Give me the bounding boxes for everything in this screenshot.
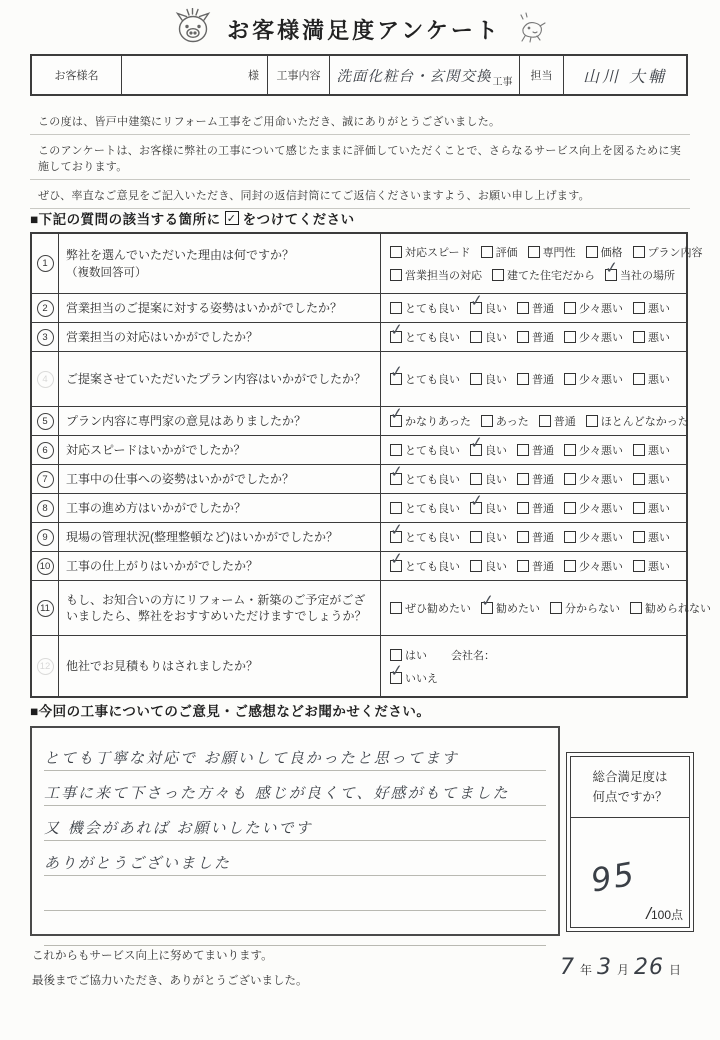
survey-section-heading: ■下記の質問の該当する箇所に ✓ をつけてください <box>30 208 355 228</box>
check-mark: ✓ <box>389 663 404 680</box>
option-label: 普通 <box>554 413 576 429</box>
checkbox[interactable]: ✓ <box>470 302 482 314</box>
work-content-field[interactable]: 洗面化粧台・玄関交換 工事 <box>330 56 520 94</box>
checkbox[interactable]: ✓ <box>390 415 402 427</box>
question-text-cell: ご提案させていただいたプラン内容はいかがでしたか？ <box>59 352 381 406</box>
option-line: ぜひ勧めたい✓勧めたい分からない勧められない <box>390 600 711 616</box>
score-label-line2: 何点ですか？ <box>575 787 685 807</box>
question-number-cell: 12 <box>32 636 59 696</box>
question-number: 1 <box>37 255 54 272</box>
option-line: 営業担当の対応建てた住宅だから✓当社の場所 <box>390 267 703 283</box>
answer-option: 少々悪い <box>564 300 623 316</box>
option-label: 少々悪い <box>579 558 623 574</box>
answer-option: ほとんどなかった <box>586 413 689 429</box>
option-line: とても良い✓良い普通少々悪い悪い <box>390 500 682 516</box>
checkbox[interactable] <box>586 246 598 258</box>
question-number: 4 <box>37 371 54 388</box>
answer-cell: ✓とても良い良い普通少々悪い悪い <box>381 552 686 580</box>
answer-cell: ✓とても良い良い普通少々悪い悪い <box>381 523 686 551</box>
answer-cell: 対応スピード評価専門性価格プラン内容営業担当の対応建てた住宅だから✓当社の場所 <box>381 234 707 293</box>
answer-option: 分からない <box>550 600 620 616</box>
option-label: 悪い <box>648 442 670 458</box>
comments-section-heading: ■今回の工事についてのご意見・ご感想などお聞かせください。 <box>30 700 430 720</box>
question-text-cell: 営業担当の対応はいかがでしたか？ <box>59 323 381 351</box>
option-label: 少々悪い <box>579 371 623 387</box>
staff-label: 担当 <box>520 56 564 94</box>
question-number: 8 <box>37 500 54 517</box>
checkbox[interactable] <box>517 373 529 385</box>
question-number-cell: 9 <box>32 523 59 551</box>
checkbox[interactable] <box>630 602 642 614</box>
checkbox[interactable] <box>633 444 645 456</box>
option-label: とても良い <box>405 329 460 345</box>
question-number-cell: 10 <box>32 552 59 580</box>
question-text: 現場の管理状況(整理整頓など)はいかがでしたか？ <box>66 529 373 545</box>
question-text-cell: 工事中の仕事への姿勢はいかがでしたか？ <box>59 465 381 493</box>
score-question-label: 総合満足度は 何点ですか？ <box>571 757 689 818</box>
checkbox[interactable] <box>564 560 576 572</box>
answer-cell: とても良い✓良い普通少々悪い悪い <box>381 494 686 522</box>
question-number-cell: 6 <box>32 436 59 464</box>
intro-text: この度は、皆戸中建築にリフォーム工事をご用命いただき、誠にありがとうございました… <box>30 106 690 209</box>
checkbox[interactable] <box>564 444 576 456</box>
checkbox[interactable] <box>633 246 645 258</box>
checkbox[interactable] <box>633 302 645 314</box>
question-text: プラン内容に専門家の意見はありましたか？ <box>66 413 373 429</box>
option-line: とても良い✓良い普通少々悪い悪い <box>390 442 682 458</box>
option-line: とても良い✓良い普通少々悪い悪い <box>390 300 682 316</box>
intro-line-1: この度は、皆戸中建築にリフォーム工事をご用命いただき、誠にありがとうございました… <box>30 106 690 135</box>
comment-text: ありがとうございました <box>44 852 231 873</box>
page-title: お客様満足度アンケート <box>227 14 501 45</box>
checkbox[interactable] <box>564 331 576 343</box>
option-label: 良い <box>485 442 507 458</box>
answer-option: 少々悪い <box>564 500 623 516</box>
answer-option: 少々悪い <box>564 529 623 545</box>
answer-option: とても良い <box>390 300 460 316</box>
question-number-cell: 2 <box>32 294 59 322</box>
comment-line: ありがとうございました <box>44 841 546 876</box>
checkbox[interactable] <box>390 302 402 314</box>
question-text: 工事の仕上がりはいかがでしたか？ <box>66 558 373 574</box>
comment-line <box>44 876 546 911</box>
checked-box-icon: ✓ <box>225 211 239 225</box>
option-label: 少々悪い <box>579 529 623 545</box>
date-year-label: 年 <box>580 961 592 978</box>
option-label: ほとんどなかった <box>601 413 689 429</box>
checkbox[interactable] <box>517 502 529 514</box>
option-label: 悪い <box>648 500 670 516</box>
answer-option: ✓とても良い <box>390 329 460 345</box>
question-number: 9 <box>37 529 54 546</box>
option-label: プラン内容 <box>648 244 703 260</box>
date-month-label: 月 <box>617 961 629 978</box>
question-text: もし、お知合いの方にリフォーム・新築のご予定がございましたら、弊社をおすすめいた… <box>66 592 373 624</box>
answer-option: 普通 <box>517 442 554 458</box>
answer-option: 勧められない <box>630 600 711 616</box>
question-row: 5プラン内容に専門家の意見はありましたか？✓かなりあったあった普通ほとんどなかっ… <box>32 407 686 436</box>
checkbox[interactable]: ✓ <box>390 672 402 684</box>
answer-option: ✓良い <box>470 300 507 316</box>
option-label: 少々悪い <box>579 329 623 345</box>
answer-option: ✓良い <box>470 442 507 458</box>
checkbox[interactable] <box>633 373 645 385</box>
check-mark: ✓ <box>389 522 404 539</box>
check-mark: ✓ <box>389 364 404 381</box>
date-field[interactable]: 7 年 3 月 26 日 <box>560 955 681 980</box>
work-content-label: 工事内容 <box>268 56 330 94</box>
footer-line-1: これからもサービス向上に努めてまいります。 <box>32 947 273 963</box>
answer-option: 悪い <box>633 471 670 487</box>
intro-line-3: ぜひ、率直なご意見をご記入いただき、同封の返信封筒にてご返信くださいますよう、お… <box>30 180 690 209</box>
check-mark: ✓ <box>389 406 404 423</box>
comment-line: 工事に来て下さった方々も 感じが良くて、好感がもてました <box>44 771 546 806</box>
date-month-value: 3 <box>597 955 612 980</box>
answer-option: 営業担当の対応 <box>390 267 482 283</box>
check-mark: ✓ <box>389 551 404 568</box>
checkbox[interactable] <box>470 560 482 572</box>
option-label: 少々悪い <box>579 500 623 516</box>
option-label: とても良い <box>405 442 460 458</box>
question-row: 12他社でお見積もりはされましたか？はい会社名：✓いいえ <box>32 636 686 696</box>
answer-option: はい <box>390 647 427 663</box>
checkbox[interactable] <box>564 373 576 385</box>
check-mark: ✓ <box>389 464 404 481</box>
question-text: 弊社を選んでいただいた理由は何ですか？ <box>66 247 373 263</box>
answer-option: 少々悪い <box>564 371 623 387</box>
score-value-area[interactable]: 95 /100点 <box>571 818 689 927</box>
answer-option: ✓とても良い <box>390 471 460 487</box>
option-label: とても良い <box>405 471 460 487</box>
question-number-cell: 5 <box>32 407 59 435</box>
comment-text: とても丁寧な対応で お願いして良かったと思ってます <box>44 747 459 768</box>
question-text: 工事中の仕事への姿勢はいかがでしたか？ <box>66 471 373 487</box>
question-text-cell: 他社でお見積もりはされましたか？ <box>59 636 381 696</box>
question-text: ご提案させていただいたプラン内容はいかがでしたか？ <box>66 371 373 387</box>
option-label: 良い <box>485 471 507 487</box>
question-text-cell: 営業担当のご提案に対する姿勢はいかがでしたか？ <box>59 294 381 322</box>
question-number: 11 <box>37 600 54 617</box>
question-subtext: （複数回答可） <box>66 264 373 280</box>
answer-option: ✓当社の場所 <box>605 267 675 283</box>
checkbox[interactable]: ✓ <box>481 602 493 614</box>
question-number: 3 <box>37 329 54 346</box>
checkbox[interactable] <box>564 531 576 543</box>
answer-option: 対応スピード <box>390 244 471 260</box>
checkbox[interactable] <box>517 331 529 343</box>
customer-suffix: 様 <box>248 67 259 83</box>
answer-option: 悪い <box>633 529 670 545</box>
option-label: 普通 <box>532 529 554 545</box>
option-label: 普通 <box>532 500 554 516</box>
option-label: 悪い <box>648 371 670 387</box>
option-line: ✓いいえ <box>390 670 682 686</box>
answer-option: 普通 <box>517 529 554 545</box>
answer-cell: とても良い✓良い普通少々悪い悪い <box>381 294 686 322</box>
checkbox[interactable] <box>586 415 598 427</box>
checkbox[interactable] <box>517 444 529 456</box>
answer-option: ✓とても良い <box>390 558 460 574</box>
question-row: 6対応スピードはいかがでしたか？とても良い✓良い普通少々悪い悪い <box>32 436 686 465</box>
option-label: 良い <box>485 371 507 387</box>
question-text-cell: 対応スピードはいかがでしたか？ <box>59 436 381 464</box>
question-text-cell: 現場の管理状況(整理整頓など)はいかがでしたか？ <box>59 523 381 551</box>
question-number: 5 <box>37 413 54 430</box>
answer-option: とても良い <box>390 500 460 516</box>
option-label: いいえ <box>405 670 438 686</box>
answer-option: ✓とても良い <box>390 371 460 387</box>
answer-option: とても良い <box>390 442 460 458</box>
checkbox[interactable] <box>470 331 482 343</box>
checkbox[interactable] <box>633 560 645 572</box>
answer-option: 普通 <box>539 413 576 429</box>
option-label: 当社の場所 <box>620 267 675 283</box>
checkbox[interactable]: ✓ <box>470 444 482 456</box>
question-text: 営業担当の対応はいかがでしたか？ <box>66 329 373 345</box>
answer-option: 普通 <box>517 371 554 387</box>
option-label: 良い <box>485 529 507 545</box>
checkbox[interactable] <box>481 246 493 258</box>
customer-name-field[interactable]: 様 <box>122 56 268 94</box>
option-line: ✓とても良い良い普通少々悪い悪い <box>390 471 682 487</box>
answer-option: 良い <box>470 558 507 574</box>
option-label: 良い <box>485 500 507 516</box>
work-suffix: 工事 <box>493 73 513 88</box>
comment-line <box>44 911 546 946</box>
checkbox[interactable] <box>492 269 504 281</box>
answer-option: 価格 <box>586 244 623 260</box>
checkbox[interactable]: ✓ <box>390 531 402 543</box>
customer-info-table: お客様名 様 工事内容 洗面化粧台・玄関交換 工事 担当 山川 大輔 <box>30 54 688 96</box>
check-mark: ✓ <box>389 322 404 339</box>
checkbox[interactable] <box>633 473 645 485</box>
option-label: 勧めたい <box>496 600 540 616</box>
checkbox[interactable]: ✓ <box>390 331 402 343</box>
answer-cell: はい会社名：✓いいえ <box>381 636 686 696</box>
option-label: とても良い <box>405 529 460 545</box>
question-text: 他社でお見積もりはされましたか？ <box>66 658 373 674</box>
checkbox[interactable] <box>633 531 645 543</box>
footer-line-2: 最後までご協力いただき、ありがとうございました。 <box>32 972 308 988</box>
answer-option: 良い <box>470 529 507 545</box>
question-table: 1弊社を選んでいただいた理由は何ですか？（複数回答可）対応スピード評価専門性価格… <box>30 232 688 698</box>
answer-option: 良い <box>470 371 507 387</box>
answer-option: 悪い <box>633 500 670 516</box>
check-mark: ✓ <box>469 435 484 452</box>
date-day-label: 日 <box>669 961 681 978</box>
option-label: ぜひ勧めたい <box>405 600 471 616</box>
option-label: あった <box>496 413 529 429</box>
option-label: 少々悪い <box>579 442 623 458</box>
answer-option: 専門性 <box>528 244 576 260</box>
overall-score-box: 総合満足度は 何点ですか？ 95 /100点 <box>566 752 694 932</box>
option-label: 建てた住宅だから <box>507 267 595 283</box>
heading-suffix: をつけてください <box>243 208 355 228</box>
checkbox[interactable] <box>517 302 529 314</box>
score-label-line1: 総合満足度は <box>575 767 685 787</box>
option-label: とても良い <box>405 300 460 316</box>
answer-option: 悪い <box>633 300 670 316</box>
checkbox[interactable] <box>550 602 562 614</box>
checkbox[interactable]: ✓ <box>390 560 402 572</box>
running-mascot-icon <box>515 9 547 50</box>
checkbox[interactable] <box>470 473 482 485</box>
question-text: 営業担当のご提案に対する姿勢はいかがでしたか？ <box>66 300 373 316</box>
question-number: 10 <box>37 558 54 575</box>
question-row: 2営業担当のご提案に対する姿勢はいかがでしたか？とても良い✓良い普通少々悪い悪い <box>32 294 686 323</box>
checkbox[interactable]: ✓ <box>390 373 402 385</box>
question-text-cell: 工事の進め方はいかがでしたか？ <box>59 494 381 522</box>
answer-option: 少々悪い <box>564 471 623 487</box>
heading-prefix: ■下記の質問の該当する箇所に <box>30 208 221 228</box>
checkbox[interactable] <box>528 246 540 258</box>
question-text-cell: 工事の仕上がりはいかがでしたか？ <box>59 552 381 580</box>
question-row: 8工事の進め方はいかがでしたか？とても良い✓良い普通少々悪い悪い <box>32 494 686 523</box>
option-label: 普通 <box>532 329 554 345</box>
comment-text: 又 機会があれば お願いしたいです <box>44 817 313 838</box>
option-label: 分からない <box>565 600 620 616</box>
comment-line: 又 機会があれば お願いしたいです <box>44 806 546 841</box>
work-content-value: 洗面化粧台・玄関交換 <box>337 65 492 86</box>
option-label: 専門性 <box>543 244 576 260</box>
question-row: 7工事中の仕事への姿勢はいかがでしたか？✓とても良い良い普通少々悪い悪い <box>32 465 686 494</box>
checkbox[interactable] <box>633 331 645 343</box>
checkbox[interactable] <box>517 531 529 543</box>
checkbox[interactable] <box>390 444 402 456</box>
checkbox[interactable] <box>564 502 576 514</box>
checkbox[interactable]: ✓ <box>605 269 617 281</box>
question-text-cell: プラン内容に専門家の意見はありましたか？ <box>59 407 381 435</box>
score-value: 95 <box>588 854 639 899</box>
overall-score-inner: 総合満足度は 何点ですか？ 95 /100点 <box>570 756 690 928</box>
checkbox[interactable] <box>390 649 402 661</box>
checkbox[interactable] <box>390 502 402 514</box>
question-number-cell: 3 <box>32 323 59 351</box>
question-row: 9現場の管理状況(整理整頓など)はいかがでしたか？✓とても良い良い普通少々悪い悪… <box>32 523 686 552</box>
pig-mascot-icon <box>173 8 213 51</box>
question-number: 2 <box>37 300 54 317</box>
staff-field[interactable]: 山川 大輔 <box>564 56 686 94</box>
option-label: 普通 <box>532 558 554 574</box>
score-max: 100点 <box>651 908 683 922</box>
question-text-cell: 弊社を選んでいただいた理由は何ですか？（複数回答可） <box>59 234 381 293</box>
checkbox[interactable]: ✓ <box>470 502 482 514</box>
comment-line: とても丁寧な対応で お願いして良かったと思ってます <box>44 736 546 771</box>
option-label: 悪い <box>648 300 670 316</box>
option-label: とても良い <box>405 371 460 387</box>
page-header: お客様満足度アンケート <box>0 8 720 51</box>
option-line: はい会社名： <box>390 647 682 663</box>
answer-option: 少々悪い <box>564 558 623 574</box>
answer-option: 普通 <box>517 471 554 487</box>
answer-option: 普通 <box>517 329 554 345</box>
score-denominator: /100点 <box>646 904 683 924</box>
checkbox[interactable] <box>470 531 482 543</box>
question-number-cell: 11 <box>32 581 59 635</box>
answer-option: プラン内容 <box>633 244 703 260</box>
question-number-cell: 4 <box>32 352 59 406</box>
checkbox[interactable] <box>564 302 576 314</box>
option-label: 普通 <box>532 371 554 387</box>
answer-option: 建てた住宅だから <box>492 267 595 283</box>
option-label: 悪い <box>648 471 670 487</box>
comments-box[interactable]: とても丁寧な対応で お願いして良かったと思ってます 工事に来て下さった方々も 感… <box>30 726 560 936</box>
answer-option: 評価 <box>481 244 518 260</box>
checkbox[interactable] <box>517 473 529 485</box>
question-text: 対応スピードはいかがでしたか？ <box>66 442 373 458</box>
option-label: 普通 <box>532 471 554 487</box>
answer-option: あった <box>481 413 529 429</box>
answer-cell: とても良い✓良い普通少々悪い悪い <box>381 436 686 464</box>
checkbox[interactable] <box>539 415 551 427</box>
option-label: はい <box>405 647 427 663</box>
checkbox[interactable] <box>390 246 402 258</box>
date-year-value: 7 <box>560 955 575 980</box>
option-label: 良い <box>485 300 507 316</box>
checkbox[interactable] <box>633 502 645 514</box>
checkbox[interactable] <box>481 415 493 427</box>
customer-name-label: お客様名 <box>32 56 122 94</box>
checkbox[interactable] <box>470 373 482 385</box>
option-label: とても良い <box>405 500 460 516</box>
option-label: 対応スピード <box>405 244 471 260</box>
answer-option: ぜひ勧めたい <box>390 600 471 616</box>
answer-option: ✓かなりあった <box>390 413 471 429</box>
answer-option: ✓勧めたい <box>481 600 540 616</box>
checkbox[interactable] <box>390 602 402 614</box>
option-line: ✓かなりあったあった普通ほとんどなかった <box>390 413 689 429</box>
checkbox[interactable] <box>517 560 529 572</box>
question-number-cell: 1 <box>32 234 59 293</box>
checkbox[interactable]: ✓ <box>390 473 402 485</box>
answer-option: 良い <box>470 471 507 487</box>
checkbox[interactable] <box>564 473 576 485</box>
option-line: ✓とても良い良い普通少々悪い悪い <box>390 329 682 345</box>
answer-option: 少々悪い <box>564 442 623 458</box>
company-name-label: 会社名： <box>451 647 495 663</box>
answer-option: ✓とても良い <box>390 529 460 545</box>
option-line: ✓とても良い良い普通少々悪い悪い <box>390 371 682 387</box>
answer-option: 普通 <box>517 300 554 316</box>
answer-option: 悪い <box>633 371 670 387</box>
answer-option: 悪い <box>633 442 670 458</box>
question-row: 4ご提案させていただいたプラン内容はいかがでしたか？✓とても良い良い普通少々悪い… <box>32 352 686 407</box>
check-mark: ✓ <box>604 260 619 277</box>
check-mark: ✓ <box>469 493 484 510</box>
question-row: 11もし、お知合いの方にリフォーム・新築のご予定がございましたら、弊社をおすすめ… <box>32 581 686 636</box>
option-label: 悪い <box>648 529 670 545</box>
question-row: 1弊社を選んでいただいた理由は何ですか？（複数回答可）対応スピード評価専門性価格… <box>32 234 686 294</box>
checkbox[interactable] <box>390 269 402 281</box>
answer-option: 普通 <box>517 558 554 574</box>
option-label: 普通 <box>532 300 554 316</box>
option-label: 良い <box>485 558 507 574</box>
option-label: 少々悪い <box>579 300 623 316</box>
check-mark: ✓ <box>469 293 484 310</box>
check-mark: ✓ <box>480 593 495 610</box>
option-label: 少々悪い <box>579 471 623 487</box>
question-number-cell: 7 <box>32 465 59 493</box>
option-label: 悪い <box>648 558 670 574</box>
option-label: 普通 <box>532 442 554 458</box>
option-label: 良い <box>485 329 507 345</box>
survey-sheet: お客様満足度アンケート お客様名 様 工事内容 洗面化粧台・玄関交換 工事 担当… <box>0 0 720 1040</box>
answer-cell: ✓とても良い良い普通少々悪い悪い <box>381 465 686 493</box>
option-label: かなりあった <box>405 413 471 429</box>
question-row: 3営業担当の対応はいかがでしたか？✓とても良い良い普通少々悪い悪い <box>32 323 686 352</box>
question-number: 6 <box>37 442 54 459</box>
option-line: 対応スピード評価専門性価格プラン内容 <box>390 244 703 260</box>
